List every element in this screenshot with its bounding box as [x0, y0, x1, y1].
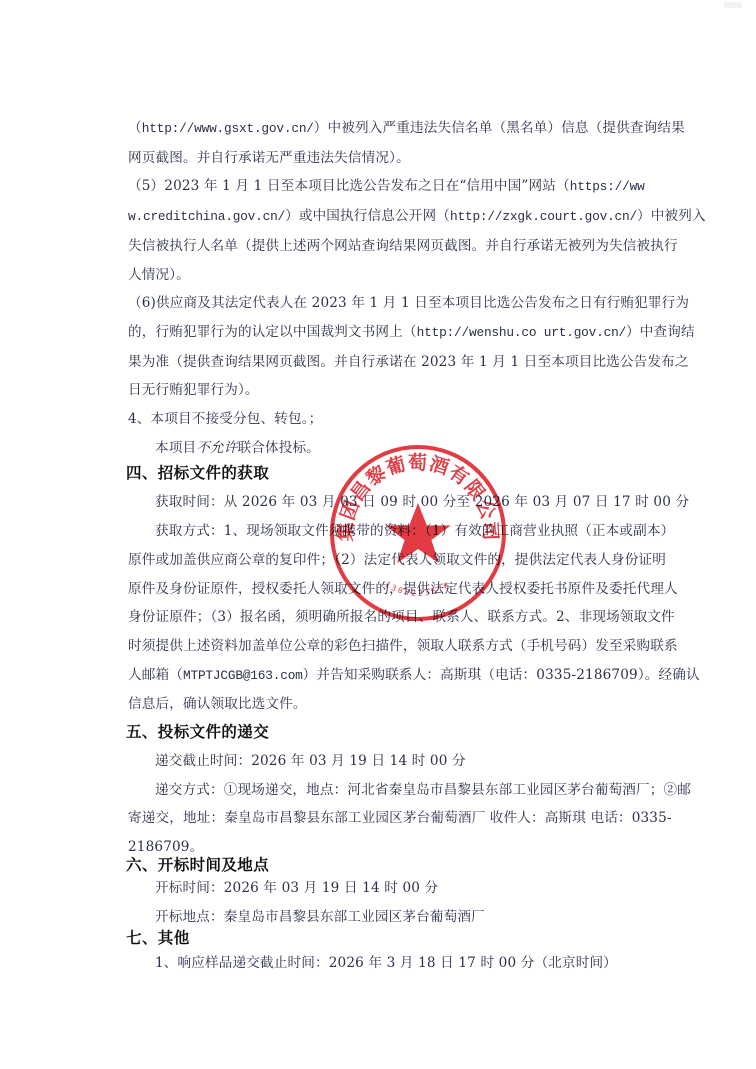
emphasis-text: 不允许 [196, 440, 237, 456]
scan-artifact [724, 2, 742, 8]
text-run: 递交方式：①现场递交，地点：河北省秦皇岛市昌黎县东部工业园区茅台葡萄酒厂；②邮 [155, 782, 691, 798]
document-body: （http://www.gsxt.gov.cn/）中被列入严重违法失信名单（黑名… [128, 114, 630, 978]
section-7-body: 1、响应样品递交截止时间：2026 年 3 月 18 日 17 时 00 分（北… [128, 949, 630, 978]
text-run: ）中被列入 [637, 208, 706, 224]
paragraph-line: 原件及身份证原件，授权委托人领取文件的，提供法定代表人授权委托书原件及委托代理人 [128, 575, 630, 604]
url-text: w.creditchina.gov.cn/ [128, 209, 285, 224]
paragraph-line: 的，行贿犯罪行为的认定以中国裁判文书网上（http://wenshu.co ur… [128, 318, 630, 348]
text-run: 信息后，确认领取比选文件。 [128, 696, 307, 712]
paragraph-line: 原件或加盖供应商公章的复印件；（2）法定代表人领取文件的，提供法定代表人身份证明 [128, 546, 630, 575]
paragraph-line: （5）2023 年 1 月 1 日至本项目比选公告发布之日在“信用中国”网站（h… [128, 172, 630, 202]
text-run: 本项目 [155, 440, 196, 456]
paragraph-line: 递交截止时间：2026 年 03 月 19 日 14 时 00 分 [128, 747, 630, 776]
paragraph-line: 4、本项目不接受分包、转包。； [128, 405, 630, 434]
section-4: 四、招标文件的获取 获取时间：从 2026 年 03 月 03 日 09 时 0… [128, 460, 630, 719]
text-run: ）中被列入严重违法失信名单（黑名单）信息（提供查询结果 [314, 120, 685, 136]
section-5: 五、投标文件的递交 递交截止时间：2026 年 03 月 19 日 14 时 0… [128, 719, 630, 862]
text-run: ）中查询结 [626, 324, 695, 340]
text-run: 联合体投标。 [237, 440, 319, 456]
text-run: 递交截止时间：2026 年 03 月 19 日 14 时 00 分 [155, 753, 466, 769]
section-4-body: 获取时间：从 2026 年 03 月 03 日 09 时 00 分至 2026 … [128, 488, 630, 719]
text-run: 的，行贿犯罪行为的认定以中国裁判文书网上（ [128, 324, 417, 340]
paragraph-line: 身份证原件；（3）报名函，须明确所报名的项目、联系人、联系方式。2、非现场领取文… [128, 603, 630, 632]
text-run: （6)供应商及其法定代表人在 2023 年 1 月 1 日至本项目比选公告发布之… [128, 295, 689, 311]
paragraph-line: 1、响应样品递交截止时间：2026 年 3 月 18 日 17 时 00 分（北… [128, 949, 630, 978]
paragraph-line: 递交方式：①现场递交，地点：河北省秦皇岛市昌黎县东部工业园区茅台葡萄酒厂；②邮 [128, 776, 630, 805]
paragraph-line: 本项目不允许联合体投标。 [128, 434, 630, 463]
text-run: 身份证原件；（3）报名函，须明确所报名的项目、联系人、联系方式。2、非现场领取文… [128, 609, 675, 625]
section-6: 六、开标时间及地点 开标时间：2026 年 03 月 19 日 14 时 00 … [128, 852, 630, 931]
text-run: 时须提供上述资料加盖单位公章的彩色扫描件，领取人联系方式（手机号码）发至采购联系 [128, 638, 678, 654]
url-text: https://ww [570, 179, 645, 194]
section-5-body: 递交截止时间：2026 年 03 月 19 日 14 时 00 分递交方式：①现… [128, 747, 630, 862]
text-run: 获取时间：从 2026 年 03 月 03 日 09 时 00 分至 2026 … [155, 494, 689, 510]
section-heading: 五、投标文件的递交 [126, 719, 630, 745]
requirements-continued: （http://www.gsxt.gov.cn/）中被列入严重违法失信名单（黑名… [128, 114, 630, 462]
text-run: 原件或加盖供应商公章的复印件；（2）法定代表人领取文件的，提供法定代表人身份证明 [128, 552, 666, 568]
paragraph-line: 开标时间：2026 年 03 月 19 日 14 时 00 分 [128, 874, 630, 903]
text-run: 1、响应样品递交截止时间：2026 年 3 月 18 日 17 时 00 分（北… [155, 955, 617, 971]
document-page: （http://www.gsxt.gov.cn/）中被列入严重违法失信名单（黑名… [0, 0, 756, 1069]
text-run: 日无行贿犯罪行为）。 [128, 382, 259, 398]
text-run: 开标地点：秦皇岛市昌黎县东部工业园区茅台葡萄酒厂 [155, 909, 485, 925]
paragraph-line: （http://www.gsxt.gov.cn/）中被列入严重违法失信名单（黑名… [128, 114, 630, 144]
url-text: MTPTJCGB@163.com [183, 668, 303, 683]
paragraph-line: 人情况）。 [128, 261, 630, 290]
paragraph-line: 时须提供上述资料加盖单位公章的彩色扫描件，领取人联系方式（手机号码）发至采购联系 [128, 632, 630, 661]
section-heading: 四、招标文件的获取 [126, 460, 630, 486]
paragraph-line: 失信被执行人名单（提供上述两个网站查询结果网页截图。并自行承诺无被列为失信被执行 [128, 232, 630, 261]
text-run: 人情况）。 [128, 267, 190, 283]
paragraph-line: 寄递交，地址：秦皇岛市昌黎县东部工业园区茅台葡萄酒厂 收件人：高斯琪 电话：03… [128, 804, 630, 833]
text-run: 果为准（提供查询结果网页截图。并自行承诺在 2023 年 1 月 1 日至本项目… [128, 354, 689, 370]
text-run: 人邮箱（ [128, 667, 183, 683]
section-6-body: 开标时间：2026 年 03 月 19 日 14 时 00 分开标地点：秦皇岛市… [128, 874, 630, 931]
url-text: http://www.gsxt.gov.cn/ [142, 121, 314, 136]
paragraph-line: 果为准（提供查询结果网页截图。并自行承诺在 2023 年 1 月 1 日至本项目… [128, 348, 630, 377]
paragraph-line: 人邮箱（MTPTJCGB@163.com）并告知采购联系人：高斯琪（电话：033… [128, 661, 630, 691]
paragraph-line: 网页截图。并自行承诺无严重违法失信情况）。 [128, 144, 630, 173]
url-text: http://zxgk.court.gov.cn/ [450, 209, 637, 224]
text-run: 失信被执行人名单（提供上述两个网站查询结果网页截图。并自行承诺无被列为失信被执行 [128, 238, 678, 254]
paragraph-line: w.creditchina.gov.cn/）或中国执行信息公开网（http://… [128, 202, 630, 232]
url-text: http://wenshu.co urt.gov.cn/ [417, 325, 626, 340]
text-run: 原件及身份证原件，授权委托人领取文件的，提供法定代表人授权委托书原件及委托代理人 [128, 581, 678, 597]
text-run: 4、本项目不接受分包、转包。； [128, 411, 322, 427]
text-run: 获取方式：1、现场领取文件须携带的资料：（1）有效的工商营业执照（正本或副本） [155, 523, 674, 539]
text-run: （5）2023 年 1 月 1 日至本项目比选公告发布之日在“信用中国”网站（ [128, 178, 570, 194]
text-run: ）并告知采购联系人：高斯琪（电话：0335-2186709）。经确认 [303, 667, 700, 683]
text-run: ）或中国执行信息公开网（ [285, 208, 450, 224]
paragraph-line: （6)供应商及其法定代表人在 2023 年 1 月 1 日至本项目比选公告发布之… [128, 289, 630, 318]
text-run: 寄递交，地址：秦皇岛市昌黎县东部工业园区茅台葡萄酒厂 收件人：高斯琪 电话：03… [128, 810, 672, 826]
paragraph-line: 信息后，确认领取比选文件。 [128, 690, 630, 719]
paragraph-line: 获取方式：1、现场领取文件须携带的资料：（1）有效的工商营业执照（正本或副本） [128, 517, 630, 546]
paragraph-line: 获取时间：从 2026 年 03 月 03 日 09 时 00 分至 2026 … [128, 488, 630, 517]
text-run: 开标时间：2026 年 03 月 19 日 14 时 00 分 [155, 880, 438, 896]
section-7: 七、其他 1、响应样品递交截止时间：2026 年 3 月 18 日 17 时 0… [128, 925, 630, 978]
text-run: （ [128, 120, 142, 136]
text-run: 网页截图。并自行承诺无严重违法失信情况）。 [128, 150, 410, 166]
paragraph-line: 日无行贿犯罪行为）。 [128, 376, 630, 405]
